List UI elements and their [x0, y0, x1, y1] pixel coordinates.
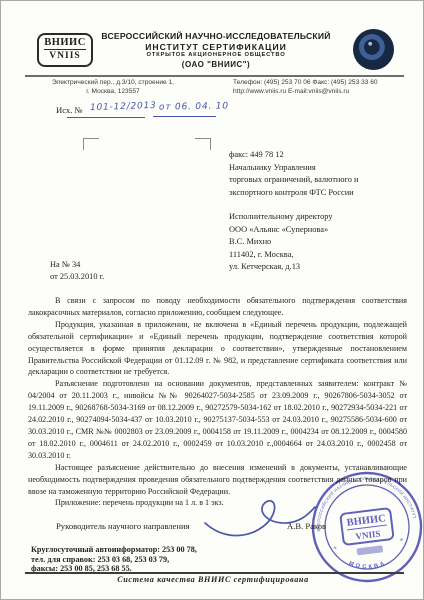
outgoing-number-label: Исх. № — [56, 105, 83, 115]
footer-phones: Круглосуточный автоинформатор: 253 00 78… — [31, 545, 197, 574]
logo-divider — [44, 49, 86, 50]
header-divider — [25, 75, 404, 77]
org-contacts: Телефон: (495) 253 70 06 Факс: (495) 253… — [233, 79, 411, 96]
recipient-line: ул. Кетчерская, д.13 — [229, 261, 411, 274]
letterhead-title: ВСЕРОССИЙСКИЙ НАУЧНО-ИССЛЕДОВАТЕЛЬСКИЙ И… — [97, 31, 335, 70]
footer-autoinfo: Круглосуточный автоинформатор: 253 00 78… — [31, 545, 197, 555]
svg-text:МОСКВА: МОСКВА — [347, 556, 388, 573]
address-window-corner-right — [195, 138, 211, 150]
incoming-reference: На № 34 от 25.03.2010 г. — [50, 259, 104, 283]
address-window-corner-left — [83, 138, 99, 150]
address-line2: г. Москва, 123557 — [27, 88, 199, 97]
recipient-line: Исполнительному директору — [229, 211, 411, 224]
outgoing-date-handwritten: от 06. 04. 10 — [159, 101, 229, 112]
recipient-line: В.С. Михно — [229, 236, 411, 249]
org-short-name: (ОАО "ВНИИС") — [97, 60, 335, 70]
recipient-line: торговых ограничений, валютного и — [229, 174, 411, 187]
quality-system-note: Система качества ВНИИС сертифицирована — [1, 575, 424, 584]
stamp-city-text: МОСКВА — [347, 556, 388, 573]
org-name-line1: ВСЕРОССИЙСКИЙ НАУЧНО-ИССЛЕДОВАТЕЛЬСКИЙ — [97, 31, 335, 42]
paragraph-2: Продукция, указанная в приложении, не вк… — [28, 319, 407, 379]
signer-title: Руководитель научного направления — [56, 521, 190, 531]
handwritten-signature-icon — [199, 491, 319, 546]
org-address: Электрический пер., д.3/10, строение 1, … — [27, 79, 199, 96]
recipient-line: ООО «Альянс «Супернова» — [229, 224, 411, 237]
paragraph-1: В связи с запросом по поводу необходимос… — [28, 295, 407, 319]
vniis-round-stamp-icon: ВСЕРОССИЙСКИЙ НАУЧНО-ИССЛЕДОВАТЕЛЬСКИЙ И… — [300, 460, 424, 594]
outgoing-number-handwritten: 101-12/2013 — [90, 101, 157, 113]
incoming-ref-date: от 25.03.2010 г. — [50, 271, 104, 283]
web-email-line: http://www.vniis.ru E-mail:vniis@vniis.r… — [233, 88, 411, 97]
stamp-star-left: * — [333, 545, 338, 553]
address-line1: Электрический пер., д.3/10, строение 1, — [27, 79, 199, 88]
recipient-block: факс: 449 78 12 Начальнику Управления то… — [229, 149, 411, 274]
logo-text-en: VNIIS — [39, 51, 91, 62]
recipient-line: 111402, г. Москва, — [229, 249, 411, 262]
recipient-line: Начальнику Управления — [229, 162, 411, 175]
logo-text-ru: ВНИИС — [39, 37, 91, 48]
stamp-center-en: VNIIS — [355, 528, 381, 541]
scanned-letter-page: ВНИИС VNIIS ВСЕРОССИЙСКИЙ НАУЧНО-ИССЛЕДО… — [0, 0, 424, 600]
stamp-star-right: * — [399, 537, 404, 545]
org-type: ОТКРЫТОЕ АКЦИОНЕРНОЕ ОБЩЕСТВО — [97, 52, 335, 60]
handwritten-underline-2 — [153, 116, 216, 117]
recipient-line: экспортного контроля ФТС России — [229, 187, 411, 200]
handwritten-underline-1 — [67, 117, 145, 118]
stamp-center-ru: ВНИИС — [346, 513, 386, 529]
footer-divider — [25, 572, 404, 574]
footer-reference-phones: тел. для справок: 253 03 68, 253 03 79, — [31, 555, 197, 565]
recipient-fax: факс: 449 78 12 — [229, 149, 411, 162]
org-name-line2: ИНСТИТУТ СЕРТИФИКАЦИИ — [97, 42, 335, 53]
phone-fax-line: Телефон: (495) 253 70 06 Факс: (495) 253… — [233, 79, 411, 88]
incoming-ref-number: На № 34 — [50, 259, 104, 271]
stamp-reg-block — [357, 545, 384, 555]
paragraph-3: Разъяснение подготовлено на основании до… — [28, 378, 407, 461]
round-emblem-icon — [353, 29, 394, 70]
vniis-logo: ВНИИС VNIIS — [37, 33, 93, 67]
